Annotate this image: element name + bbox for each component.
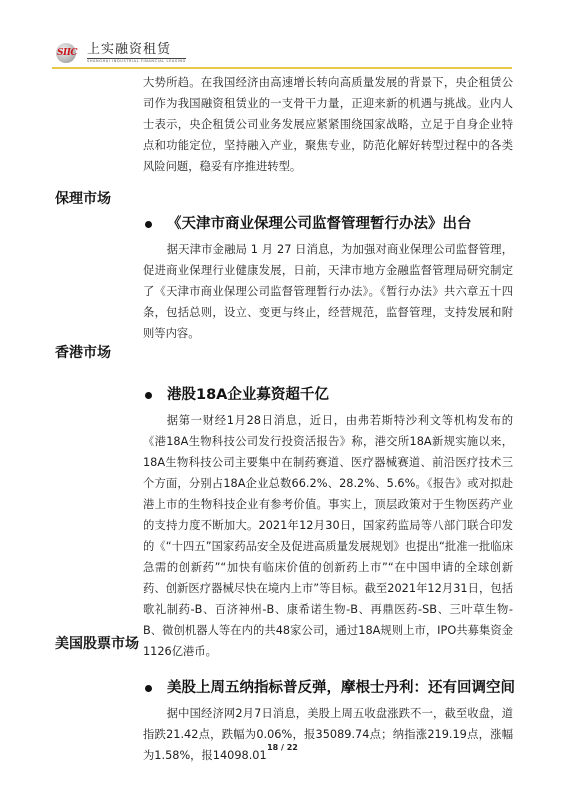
logo-text: 上实融资租赁 SHANGHAI INDUSTRIAL FINANCIAL LEA…: [87, 43, 186, 64]
section-title-us-stocks: 美国股票市场: [55, 635, 139, 653]
article-heading: 美股上周五纳指标普反弹，摩根士丹利：还有回调空间: [143, 678, 515, 698]
bullet-icon: [145, 685, 152, 692]
article-heading: 《天津市商业保理公司监督管理暂行办法》出台: [143, 214, 472, 234]
section-title-hongkong: 香港市场: [55, 344, 111, 362]
article-heading-text: 美股上周五纳指标普反弹，摩根士丹利：还有回调空间: [167, 678, 515, 698]
article-paragraph: 据中国经济网2月7日消息，美股上周五收盘涨跌不一，截至收盘，道指跌21.42点，…: [143, 703, 513, 766]
intro-paragraph: 大势所趋。在我国经济由高速增长转向高质量发展的背景下，央企租赁公司作为我国融资租…: [143, 72, 513, 177]
article-paragraph: 据天津市金融局 1 月 27 日消息，为加强对商业保理公司监督管理，促进商业保理…: [143, 239, 513, 344]
siic-logo-icon: SIIC: [56, 42, 82, 64]
company-logo: SIIC 上实融资租赁 SHANGHAI INDUSTRIAL FINANCIA…: [56, 40, 186, 66]
article-heading-text: 港股18A企业募资超千亿: [167, 385, 329, 405]
article-heading-text: 《天津市商业保理公司监督管理暂行办法》出台: [167, 214, 472, 234]
bullet-icon: [145, 221, 152, 228]
bullet-icon: [145, 392, 152, 399]
company-name-cn: 上实融资租赁: [87, 43, 186, 59]
article-heading: 港股18A企业募资超千亿: [143, 385, 329, 405]
logo-mark-text: SIIC: [57, 48, 77, 58]
company-name-en: SHANGHAI INDUSTRIAL FINANCIAL LEASING: [87, 59, 186, 64]
section-title-factoring: 保理市场: [55, 190, 111, 208]
document-page: SIIC 上实融资租赁 SHANGHAI INDUSTRIAL FINANCIA…: [0, 0, 565, 800]
header-divider: [52, 67, 512, 69]
article-paragraph: 据第一财经1月28日消息，近日，由弗若斯特沙利文等机构发布的《港18A生物科技公…: [143, 410, 513, 662]
page-number: 18 / 22: [0, 743, 565, 752]
